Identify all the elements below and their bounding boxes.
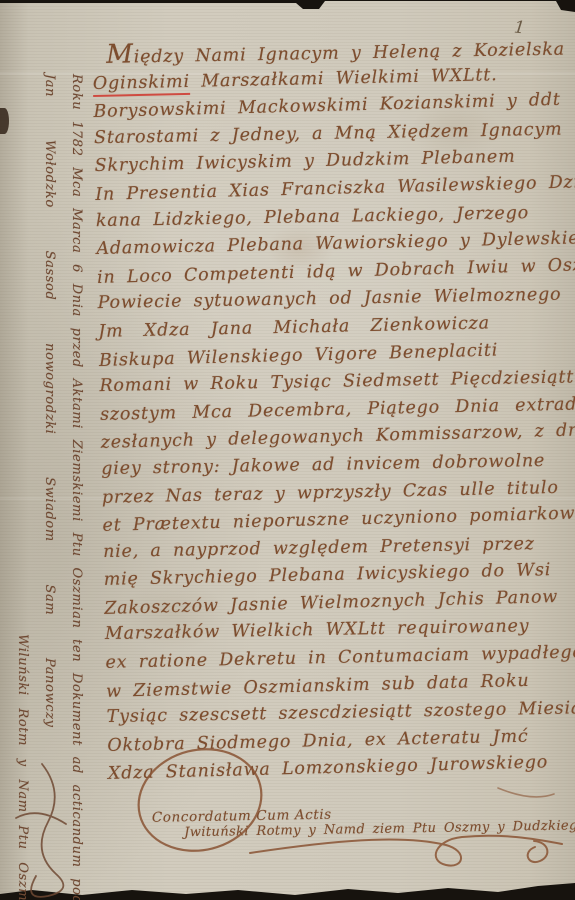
margin-line: Wiluński Rotm y Nam Ptu Oszm <box>9 74 36 886</box>
red-underlined-word: Oginskimi <box>93 71 190 96</box>
manuscript-body-text: Między Nami Ignacym y Heleną z Kozielska… <box>92 33 575 788</box>
margin-line: Roku 1782 Mca Marca 6 Dnia przed Aktami … <box>63 74 90 886</box>
ink-blot <box>0 108 9 134</box>
margin-annotation: Roku 1782 Mca Marca 6 Dnia przed Aktami … <box>9 74 90 886</box>
scanned-manuscript-page: 1 Roku 1782 Mca Marca 6 Dnia przed Aktam… <box>0 0 575 900</box>
margin-line: Jan Wołodzko Sassod nowogrodzki Swiadom … <box>36 74 63 886</box>
text-line-rest: Marszałkami Wielkimi WXLtt. <box>201 65 498 91</box>
